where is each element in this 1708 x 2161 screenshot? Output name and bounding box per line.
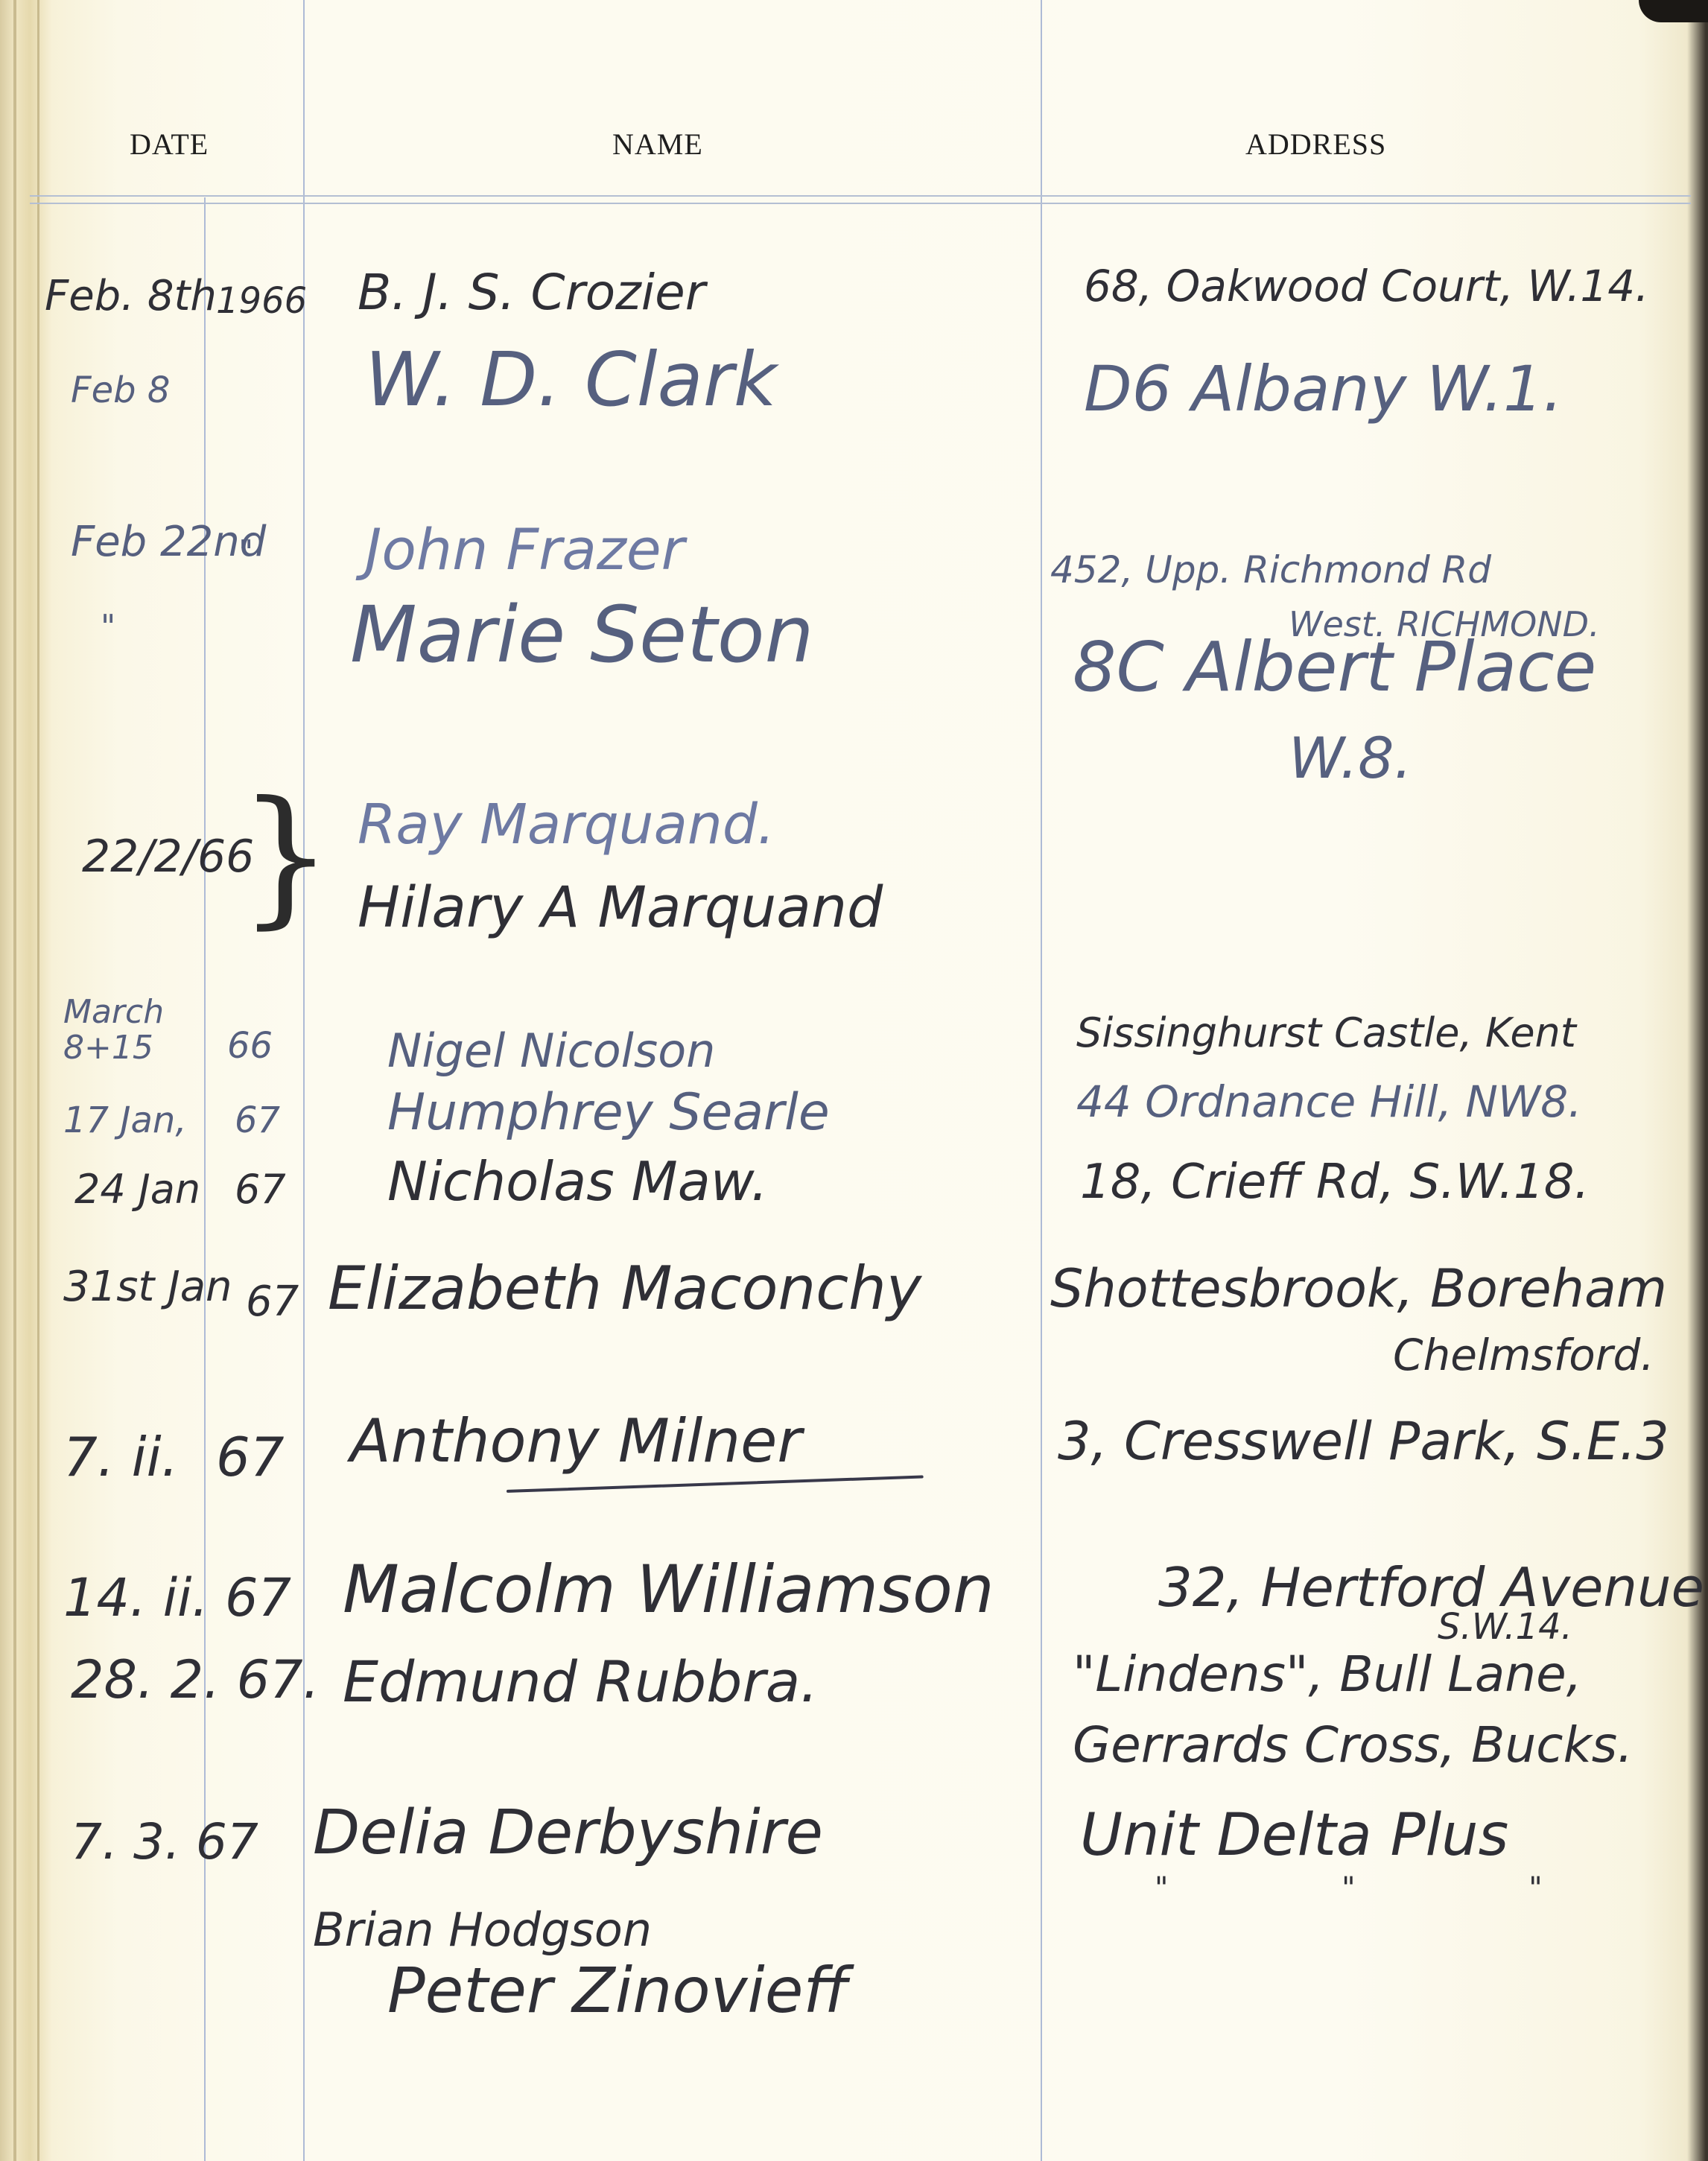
entry-name: Peter Zinovieff <box>387 1959 848 2022</box>
entry-name: Anthony Milner <box>350 1412 801 1471</box>
entry-name: Elizabeth Maconchy <box>328 1259 921 1319</box>
entry-year: 1966 <box>216 283 307 319</box>
entry-name: Brian Hodgson <box>313 1907 652 1953</box>
entry-address: 68, Oakwood Court, W.14. <box>1084 264 1649 308</box>
entry-date: " <box>101 611 115 644</box>
entry-name: Nigel Nicolson <box>387 1028 715 1074</box>
entry-name: Ray Marquand. <box>358 797 775 852</box>
entry-date: 24 Jan <box>74 1170 200 1210</box>
entry-address: 3, Cresswell Park, S.E.3 <box>1058 1415 1669 1467</box>
entry-date: 7. 3. 67 <box>71 1818 258 1867</box>
bracket-glyph: } <box>238 782 333 931</box>
entry-date: 17 Jan, <box>63 1102 187 1138</box>
entry-year: 66 <box>227 1028 273 1064</box>
entry-year: " <box>238 536 253 569</box>
entry-address-line-2: W.8. <box>1289 730 1412 787</box>
entry-name: Nicholas Maw. <box>387 1155 768 1208</box>
entry-address: 32, Hertford Avenue <box>1158 1561 1704 1614</box>
header-address: ADDRESS <box>1245 127 1386 162</box>
name-address-column-rule <box>1041 0 1042 2161</box>
ditto-marks: " " " <box>1155 1873 1625 1903</box>
page-corner-shadow <box>1639 0 1708 22</box>
entry-address: 44 Ordnance Hill, NW8. <box>1076 1080 1582 1123</box>
entry-year: 67 <box>235 1102 280 1138</box>
entry-name: Edmund Rubbra. <box>343 1654 818 1710</box>
entry-address: "Lindens", Bull Lane, <box>1073 1650 1582 1699</box>
entry-date: Feb. 8th <box>45 276 217 317</box>
entry-address: 8C Albert Place <box>1073 633 1596 702</box>
signature-underline-stroke <box>507 1475 924 1493</box>
entry-date: 22/2/66 <box>82 834 254 879</box>
spine-fold-line <box>13 0 16 2161</box>
guest-book-page: DATE NAME ADDRESS Feb. 8th 1966 B. J. S.… <box>0 0 1708 2161</box>
entry-name: Hilary A Marquand <box>358 879 883 936</box>
entry-address: Shottesbrook, Boreham <box>1050 1263 1667 1315</box>
entry-date: March 8+15 <box>63 994 197 1067</box>
entry-date: 31st Jan <box>63 1266 232 1308</box>
header-double-rule-top <box>30 195 1691 197</box>
header-double-rule-bottom <box>30 203 1691 204</box>
entry-date: Feb 8 <box>71 372 170 408</box>
entry-date: 7. ii. <box>63 1430 178 1484</box>
entry-address: 452, Upp. Richmond Rd <box>1050 551 1491 588</box>
entry-address-line-2: S.W.14. <box>1438 1609 1572 1645</box>
entry-name: John Frazer <box>365 521 685 578</box>
entry-address: 18, Crieff Rd, S.W.18. <box>1080 1158 1590 1206</box>
entry-address: Unit Delta Plus <box>1080 1806 1508 1865</box>
entry-address-line-2: Gerrards Cross, Bucks. <box>1073 1721 1633 1770</box>
entry-name: Marie Seton <box>350 596 813 673</box>
entry-name: B. J. S. Crozier <box>358 268 705 317</box>
entry-name: Malcolm Williamson <box>343 1557 994 1622</box>
header-name: NAME <box>612 127 703 162</box>
entry-address-line-2: Chelmsford. <box>1393 1333 1654 1377</box>
entry-address: D6 Albany W.1. <box>1084 358 1563 420</box>
entry-date: Feb 22nd <box>71 521 266 563</box>
entry-address: Sissinghurst Castle, Kent <box>1076 1013 1576 1053</box>
entry-date: 28. 2. 67. <box>71 1654 320 1706</box>
entry-name: W. D. Clark <box>365 343 777 417</box>
entry-year: 67 <box>216 1430 285 1484</box>
entry-date: 14. ii. 67 <box>63 1572 291 1624</box>
entry-name: Delia Derbyshire <box>313 1803 823 1864</box>
entry-name: Humphrey Searle <box>387 1088 830 1138</box>
entry-year: 67 <box>235 1170 286 1210</box>
entry-year: 67 <box>246 1281 299 1323</box>
spine-fold-line <box>37 0 39 2161</box>
header-date: DATE <box>130 127 209 162</box>
date-name-column-rule <box>303 0 305 2161</box>
